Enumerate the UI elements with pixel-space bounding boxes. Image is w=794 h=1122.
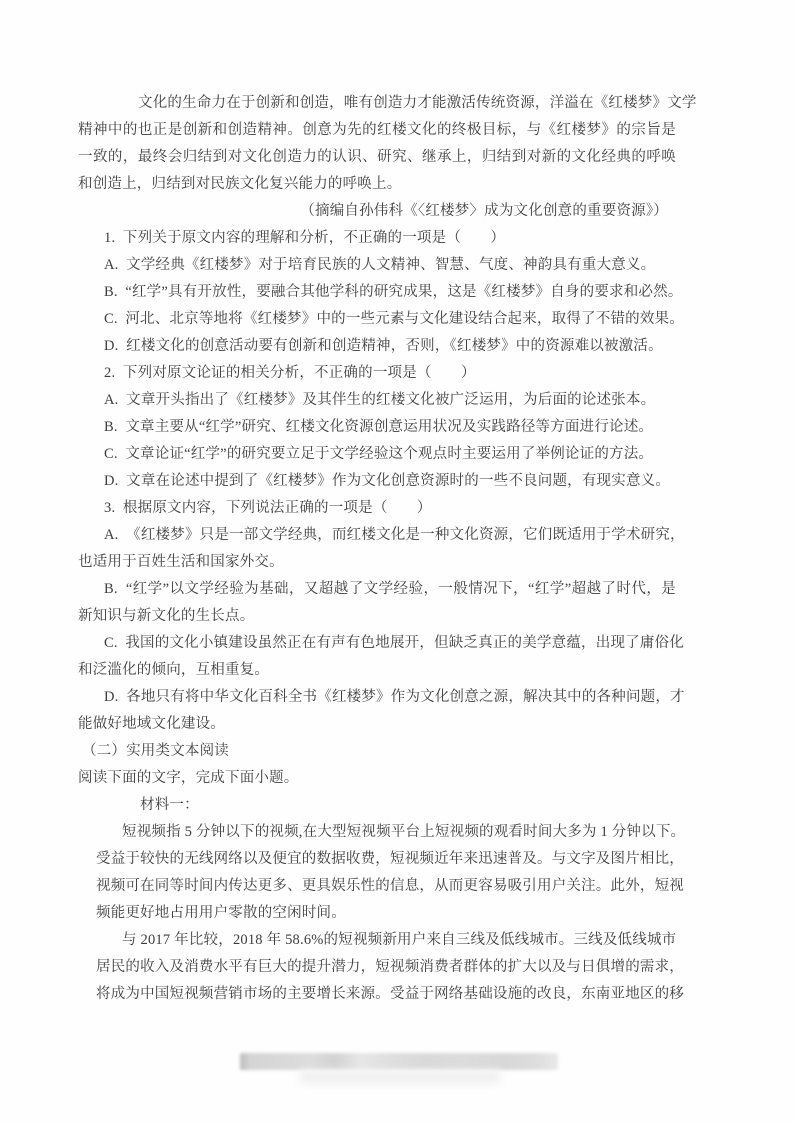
text-line: 与 2017 年比较，2018 年 58.6%的短视频新用户来自三线及低线城市。…: [78, 927, 676, 954]
text-line: D. 文章在论述中提到了《红楼梦》作为文化创意资源时的一些不良问题，有现实意义。: [78, 468, 676, 495]
text-line: 1. 下列关于原文内容的理解和分析，不正确的一项是（ ）: [78, 225, 676, 252]
text-line: 阅读下面的文字，完成下面小题。: [78, 765, 676, 792]
text-line: 和创造上，归结到对民族文化复兴能力的呼唤上。: [78, 171, 676, 198]
text-line: 视频可在同等时间内传达更多、更具娱乐性的信息，从而更容易吸引用户关注。此外，短视: [78, 873, 676, 900]
text-line: D. 红楼文化的创意活动要有创新和创造精神，否则，《红楼梦》中的资源难以被激活。: [78, 333, 676, 360]
text-line: （摘编自孙伟科《〈红楼梦〉成为文化创意的重要资源》）: [78, 198, 676, 225]
exam-document-page: 文化的生命力在于创新和创造，唯有创造力才能激活传统资源，洋溢在《红楼梦》文学精神…: [0, 0, 794, 1122]
text-line: 也适用于百姓生活和国家外交。: [78, 549, 676, 576]
text-line: 频能更好地占用用户零散的空闲时间。: [78, 900, 676, 927]
text-line: 能做好地域文化建设。: [78, 711, 676, 738]
text-line: A. 文学经典《红楼梦》对于培育民族的人文精神、智慧、气度、神韵具有重大意义。: [78, 252, 676, 279]
text-line: 居民的收入及消费水平有巨大的提升潜力，短视频消费者群体的扩大以及与日俱增的需求，: [78, 954, 676, 981]
text-line: 3. 根据原文内容，下列说法正确的一项是（ ）: [78, 495, 676, 522]
text-line: 文化的生命力在于创新和创造，唯有创造力才能激活传统资源，洋溢在《红楼梦》文学: [78, 90, 676, 117]
text-line: 和泛滥化的倾向，互相重复。: [78, 657, 676, 684]
text-line: 精神中的也正是创新和创造精神。创意为先的红楼文化的终极目标，与《红楼梦》的宗旨是: [78, 117, 676, 144]
watermark-smear: [300, 1070, 500, 1084]
text-line: B. “红学”以文学经验为基础，又超越了文学经验，一般情况下，“红学”超越了时代…: [78, 576, 676, 603]
text-line: 短视频指 5 分钟以下的视频,在大型短视频平台上短视频的观看时间大多为 1 分钟…: [78, 819, 676, 846]
text-line: C. 我国的文化小镇建设虽然正在有声有色地展开，但缺乏真正的美学意蕴，出现了庸俗…: [78, 630, 676, 657]
redacted-watermark-bar: [240, 1053, 558, 1070]
text-line: C. 河北、北京等地将《红楼梦》中的一些元素与文化建设结合起来，取得了不错的效果…: [78, 306, 676, 333]
text-line: A. 《红楼梦》只是一部文学经典，而红楼文化是一种文化资源，它们既适用于学术研究…: [78, 522, 676, 549]
text-line: 受益于较快的无线网络以及便宜的数据收费，短视频近年来迅速普及。与文字及图片相比，: [78, 846, 676, 873]
text-line: 材料一：: [78, 792, 676, 819]
text-line: 新知识与新文化的生长点。: [78, 603, 676, 630]
text-column: 文化的生命力在于创新和创造，唯有创造力才能激活传统资源，洋溢在《红楼梦》文学精神…: [78, 0, 676, 1008]
text-line: 2. 下列对原文论证的相关分析，不正确的一项是（ ）: [78, 360, 676, 387]
text-line: B. 文章主要从“红学”研究、红楼文化资源创意运用状况及实践路径等方面进行论述。: [78, 414, 676, 441]
text-line: A. 文章开头指出了《红楼梦》及其伴生的红楼文化被广泛运用，为后面的论述张本。: [78, 387, 676, 414]
text-line: （二）实用类文本阅读: [78, 738, 676, 765]
text-line: D. 各地只有将中华文化百科全书《红楼梦》作为文化创意之源，解决其中的各种问题，…: [78, 684, 676, 711]
text-line: B. “红学”具有开放性，要融合其他学科的研究成果，这是《红楼梦》自身的要求和必…: [78, 279, 676, 306]
text-line: C. 文章论证“红学”的研究要立足于文学经验这个观点时主要运用了举例论证的方法。: [78, 441, 676, 468]
text-line: 将成为中国短视频营销市场的主要增长来源。受益于网络基础设施的改良，东南亚地区的移: [78, 981, 676, 1008]
text-line: 一致的，最终会归结到对文化创造力的认识、研究、继承上，归结到对新的文化经典的呼唤: [78, 144, 676, 171]
